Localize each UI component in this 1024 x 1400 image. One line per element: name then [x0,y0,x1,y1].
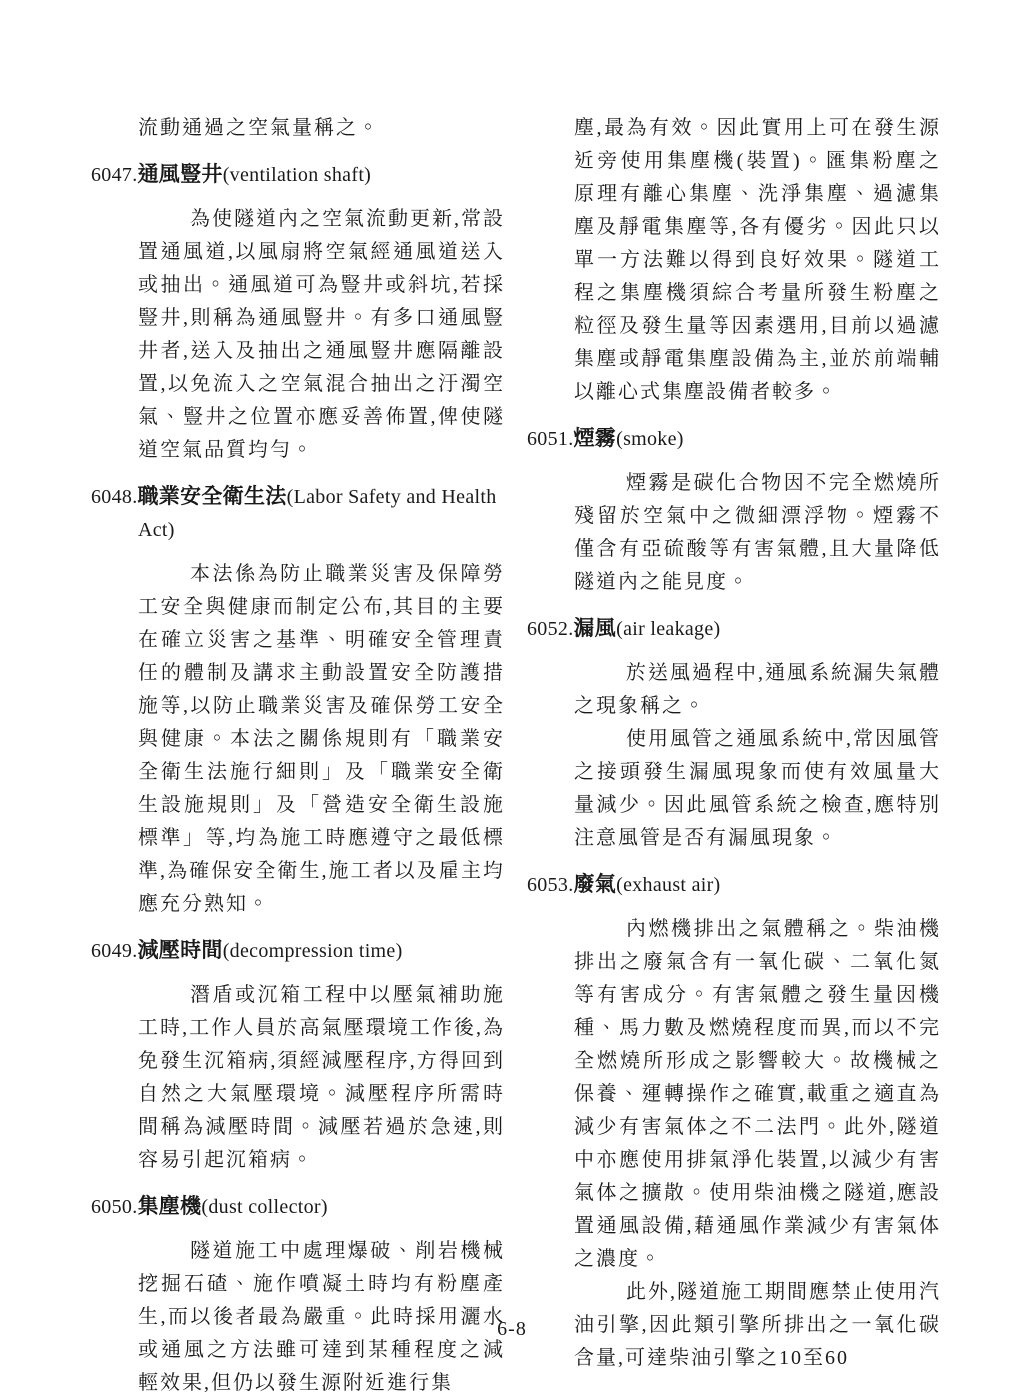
entry-english: (ventilation shaft) [223,164,371,186]
glossary-entry-6047: 6047.通風豎井(ventilation shaft) 為使隧道內之空氣流動更… [91,158,505,467]
glossary-entry-6050: 6050.集塵機(dust collector) 隧道施工中處理爆破、削岩機械挖… [91,1190,505,1400]
entry-paragraph: 內燃機排出之氣體稱之。柴油機排出之廢氣含有一氧化碳、二氧化氮等有害成分。有害氣體… [574,913,941,1276]
entry-header: 6049.減壓時間(decompression time) [91,934,505,968]
entry-term: 漏風 [574,616,617,640]
entry-term: 煙霧 [574,426,617,450]
entry-english: (dust collector) [201,1196,327,1218]
entry-number: 6047. [91,164,138,186]
entry-term: 職業安全衛生法 [138,484,287,508]
entry-header: 6051.煙霧(smoke) [527,422,941,456]
entry-paragraph: 煙霧是碳化合物因不完全燃燒所殘留於空氣中之微細漂浮物。煙霧不僅含有亞硫酸等有害氣… [574,467,941,599]
entry-number: 6048. [91,486,138,508]
entry-header: 6050.集塵機(dust collector) [91,1190,505,1224]
glossary-entry-6053: 6053.廢氣(exhaust air) 內燃機排出之氣體稱之。柴油機排出之廢氣… [527,868,941,1375]
left-column: 流動通過之空氣量稱之。 6047.通風豎井(ventilation shaft)… [91,112,505,1400]
entry-header: 6047.通風豎井(ventilation shaft) [91,158,505,192]
continuation-paragraph: 塵,最為有效。因此實用上可在發生源近旁使用集塵機(裝置)。匯集粉塵之原理有離心集… [574,112,941,409]
entry-number: 6053. [527,874,574,896]
entry-paragraph: 潛盾或沉箱工程中以壓氣補助施工時,工作人員於高氣壓環境工作後,為免發生沉箱病,須… [138,979,505,1177]
continuation-paragraph: 流動通過之空氣量稱之。 [138,112,505,145]
entry-number: 6051. [527,428,574,450]
glossary-entry-6049: 6049.減壓時間(decompression time) 潛盾或沉箱工程中以壓… [91,934,505,1177]
entry-paragraph: 使用風管之通風系統中,常因風管之接頭發生漏風現象而使有效風量大量減少。因此風管系… [574,723,941,855]
page-number: 6-8 [0,1318,1024,1341]
glossary-entry-6051: 6051.煙霧(smoke) 煙霧是碳化合物因不完全燃燒所殘留於空氣中之微細漂浮… [527,422,941,599]
glossary-entry-6048: 6048.職業安全衛生法(Labor Safety and Health Act… [91,480,505,921]
entry-term: 減壓時間 [138,938,223,962]
entry-paragraph: 本法係為防止職業災害及保障勞工安全與健康而制定公布,其目的主要在確立災害之基準、… [138,558,505,921]
entry-number: 6050. [91,1196,138,1218]
entry-english: (decompression time) [223,940,403,962]
entry-english: (exhaust air) [616,874,720,896]
right-column: 塵,最為有效。因此實用上可在發生源近旁使用集塵機(裝置)。匯集粉塵之原理有離心集… [527,112,941,1375]
entry-paragraph: 於送風過程中,通風系統漏失氣體之現象稱之。 [574,657,941,723]
entry-term: 廢氣 [574,872,617,896]
glossary-entry-6052: 6052.漏風(air leakage) 於送風過程中,通風系統漏失氣體之現象稱… [527,612,941,855]
entry-number: 6049. [91,940,138,962]
entry-paragraph: 為使隧道內之空氣流動更新,常設置通風道,以風扇將空氣經通風道送入或抽出。通風道可… [138,203,505,467]
entry-english: (smoke) [616,428,684,450]
entry-number: 6052. [527,618,574,640]
entry-header: 6048.職業安全衛生法(Labor Safety and Health Act… [91,480,505,547]
entry-header: 6052.漏風(air leakage) [527,612,941,646]
entry-english: (air leakage) [616,618,720,640]
entry-term: 集塵機 [138,1194,202,1218]
entry-term: 通風豎井 [138,162,223,186]
entry-header: 6053.廢氣(exhaust air) [527,868,941,902]
